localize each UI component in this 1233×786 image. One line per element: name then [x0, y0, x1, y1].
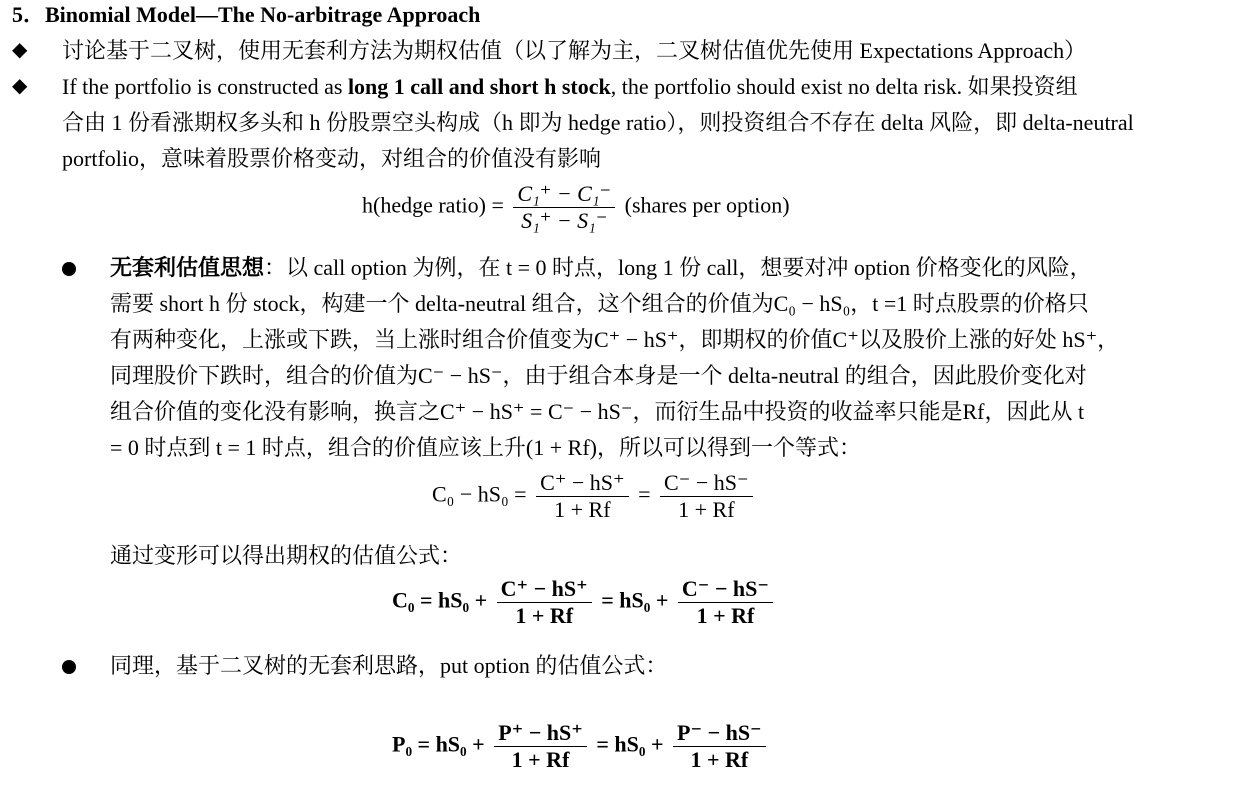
bullet-text-2: If the portfolio is constructed as long …: [62, 76, 1078, 98]
denominator: 1 + Rf: [674, 497, 738, 521]
formula-lhs: h(hedge ratio) =: [362, 193, 504, 218]
bullet-text-2-line2: 合由 1 份看涨期权多头和 h 份股票空头构成（h 即为 hedge ratio…: [62, 112, 1134, 134]
formula-lhs: C₀ − hS₀ =: [432, 482, 527, 507]
idea-line-1: 无套利估值思想：以 call option 为例，在 t = 0 时点，long…: [110, 257, 1092, 279]
diamond-bullet-icon: ◆: [12, 40, 27, 60]
equation-call-value: C₀ = hS₀ + C⁺ − hS⁺1 + Rf = hS₀ + C⁻ − h…: [392, 578, 777, 627]
bullet-text-1: 讨论基于二叉树，使用无套利方法为期权估值（以了解为主，二叉树估值优先使用 Exp…: [62, 40, 1086, 62]
numerator: C₁⁺ − C₁⁻: [513, 183, 615, 208]
numerator: C⁺ − hS⁺: [497, 578, 592, 603]
denominator: S₁⁺ − S₁⁻: [517, 208, 611, 232]
equals: = hS₀ +: [596, 732, 663, 757]
denominator: 1 + Rf: [550, 497, 614, 521]
numerator: C⁺ − hS⁺: [536, 472, 629, 497]
text-span: , the portfolio should exist no delta ri…: [611, 74, 1078, 99]
fraction: C⁺ − hS⁺1 + Rf: [536, 472, 629, 521]
fraction: C⁺ − hS⁺1 + Rf: [497, 578, 592, 627]
bold-text: long 1 call and short h stock: [348, 74, 611, 99]
equals: = hS₀ +: [601, 588, 668, 613]
idea-line-3: 有两种变化，上涨或下跌，当上涨时组合价值变为C⁺ − hS⁺，即期权的价值C⁺以…: [110, 329, 1119, 351]
equals: =: [638, 482, 650, 507]
denominator: 1 + Rf: [693, 603, 759, 627]
fraction: P⁺ − hS⁺1 + Rf: [494, 722, 587, 771]
bullet-text-2-line3: portfolio，意味着股票价格变动，对组合的价值没有影响: [62, 148, 601, 170]
numerator: P⁺ − hS⁺: [494, 722, 587, 747]
idea-line-4: 同理股价下跌时，组合的价值为C⁻ − hS⁻，由于组合本身是一个 delta-n…: [110, 365, 1087, 387]
idea-line-6: = 0 时点到 t = 1 时点，组合的价值应该上升(1 + Rf)，所以可以得…: [110, 437, 861, 459]
denominator: 1 + Rf: [686, 747, 752, 771]
put-text: 同理，基于二叉树的无套利思路，put option 的估值公式：: [110, 655, 667, 677]
formula-rhs: (shares per option): [625, 193, 790, 218]
idea-line-5: 组合价值的变化没有影响，换言之C⁺ − hS⁺ = C⁻ − hS⁻，而衍生品中…: [110, 401, 1084, 423]
diamond-bullet-icon: ◆: [12, 76, 27, 96]
derive-text: 通过变形可以得出期权的估值公式：: [110, 545, 462, 567]
section-heading: 5．Binomial Model—The No-arbitrage Approa…: [12, 4, 480, 26]
numerator: C⁻ − hS⁻: [660, 472, 753, 497]
round-bullet-icon: [62, 262, 76, 276]
denominator: 1 + Rf: [508, 747, 574, 771]
fraction: C⁻ − hS⁻1 + Rf: [678, 578, 773, 627]
equation-put-value: P₀ = hS₀ + P⁺ − hS⁺1 + Rf = hS₀ + P⁻ − h…: [392, 722, 770, 771]
fraction: C⁻ − hS⁻1 + Rf: [660, 472, 753, 521]
idea-line-2: 需要 short h 份 stock，构建一个 delta-neutral 组合…: [110, 293, 1089, 315]
round-bullet-icon: [62, 660, 76, 674]
hedge-ratio-formula: h(hedge ratio) = C₁⁺ − C₁⁻S₁⁺ − S₁⁻ (sha…: [362, 183, 790, 232]
bold-label: 无套利估值思想: [110, 255, 264, 280]
fraction: P⁻ − hS⁻1 + Rf: [673, 722, 766, 771]
text-span: If the portfolio is constructed as: [62, 74, 348, 99]
numerator: C⁻ − hS⁻: [678, 578, 773, 603]
text-span: ：以 call option 为例，在 t = 0 时点，long 1 份 ca…: [264, 255, 1092, 280]
fraction: C₁⁺ − C₁⁻S₁⁺ − S₁⁻: [513, 183, 615, 232]
formula-lhs: C₀ = hS₀ +: [392, 588, 487, 613]
numerator: P⁻ − hS⁻: [673, 722, 766, 747]
formula-lhs: P₀ = hS₀ +: [392, 732, 485, 757]
equation-1: C₀ − hS₀ = C⁺ − hS⁺1 + Rf = C⁻ − hS⁻1 + …: [432, 472, 757, 521]
denominator: 1 + Rf: [511, 603, 577, 627]
